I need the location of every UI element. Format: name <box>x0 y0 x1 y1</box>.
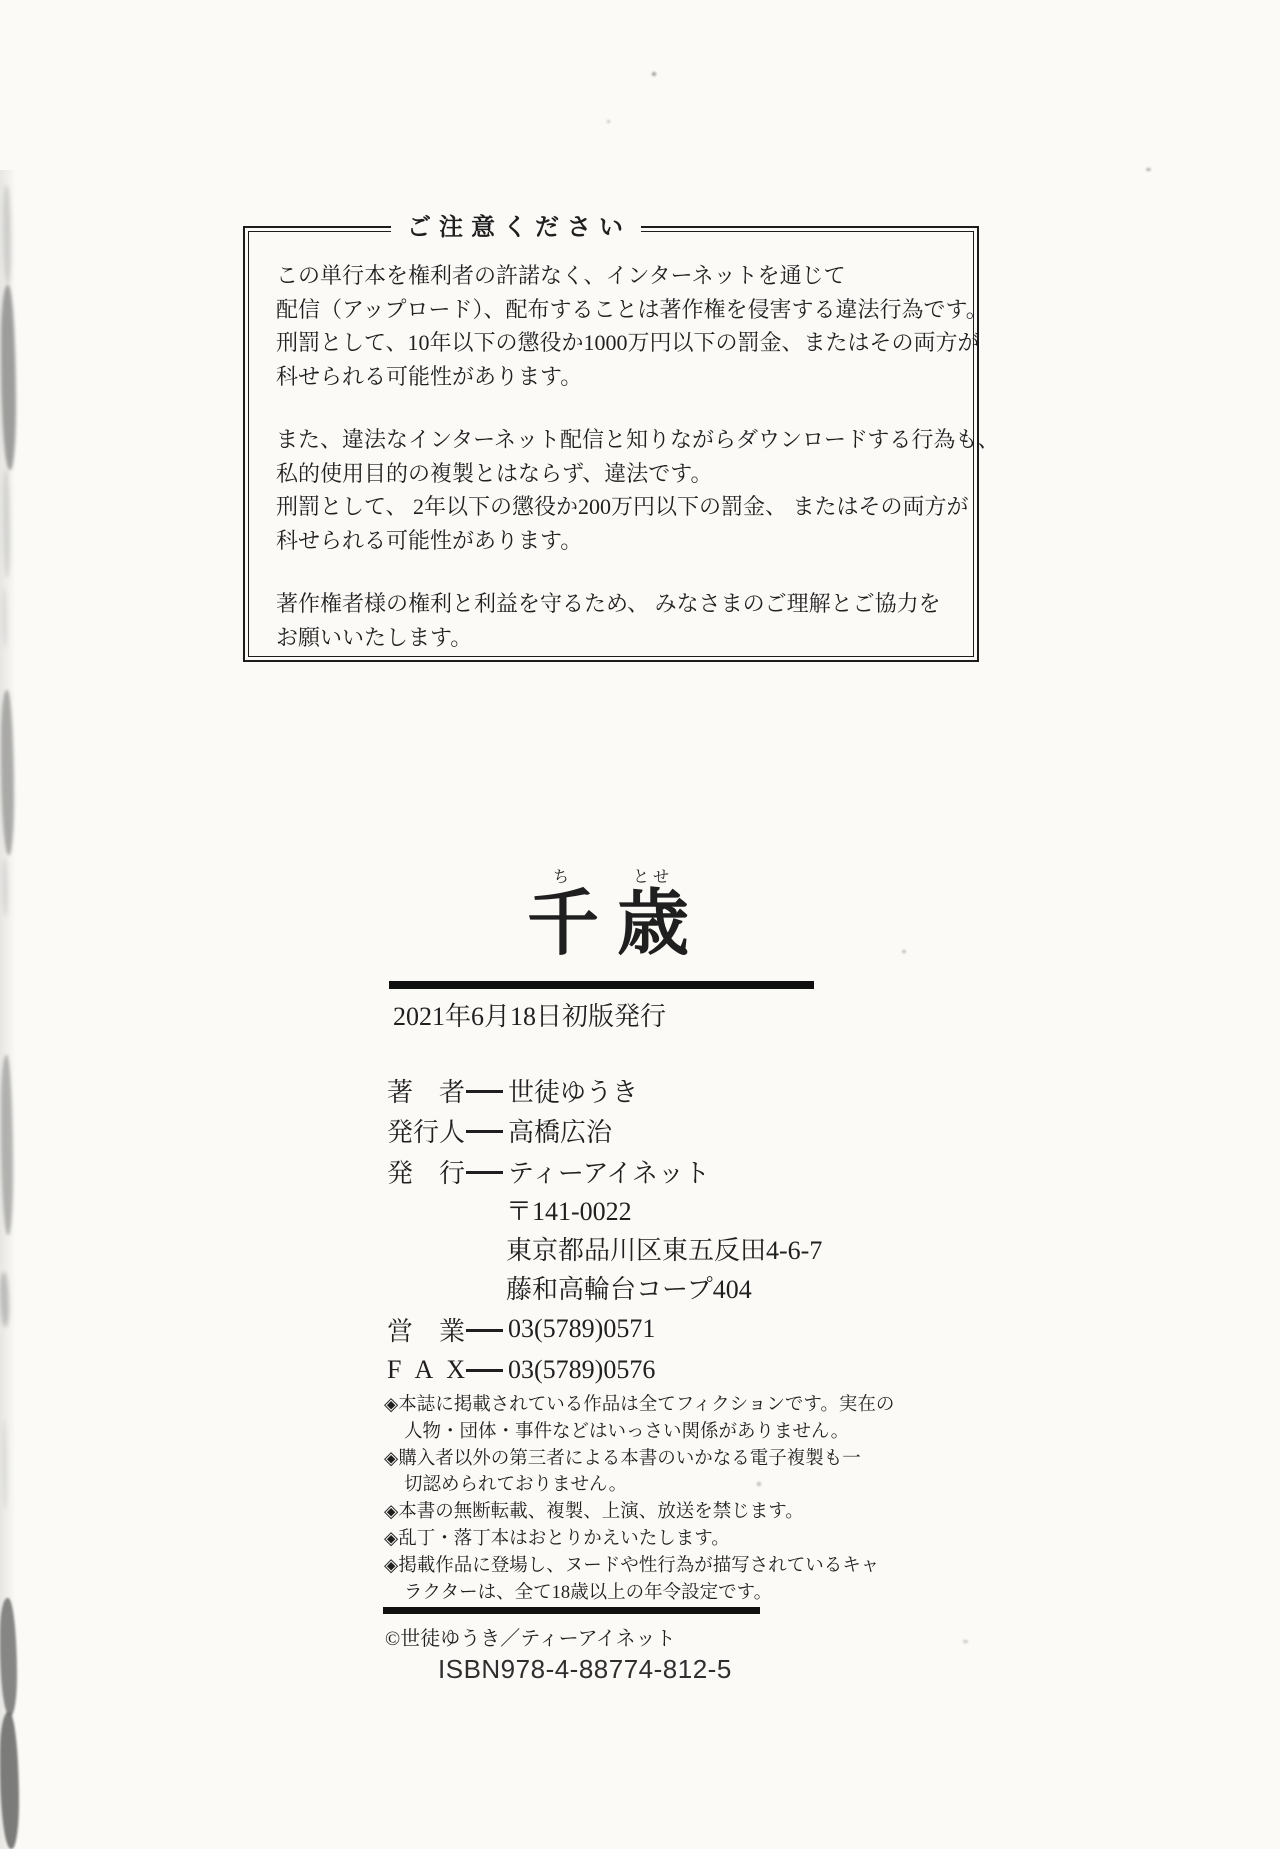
colophon-row-author: 著 者 世徒ゆうき <box>387 1070 822 1111</box>
disclaimer-notes: ◈本誌に掲載されている作品は全てフィクションです。実在の 人物・団体・事件などは… <box>384 1392 894 1606</box>
leader-dash <box>466 1171 503 1174</box>
leader-dash <box>466 1369 503 1372</box>
row-label: 営 業 <box>387 1311 465 1348</box>
label-char: F <box>387 1355 401 1385</box>
label-char: 行 <box>439 1153 465 1190</box>
warning-line: 刑罰として、 2年以下の懲役か200万円以下の罰金、 またはその両方が <box>276 490 951 524</box>
scan-speck <box>652 72 656 76</box>
scan-speck <box>963 1640 968 1643</box>
gutter-smudge <box>2 588 7 648</box>
fax-number: 03(5789)0576 <box>508 1355 655 1385</box>
note-line: ラクターは、全て18歳以上の年令設定です。 <box>384 1580 894 1607</box>
publisher-person-name: 高橋広治 <box>508 1112 612 1149</box>
gutter-smudge <box>1 285 16 470</box>
sales-phone-number: 03(5789)0571 <box>508 1314 655 1344</box>
warning-body: この単行本を権利者の許諾なく、インターネットを通じて 配信（アップロード）、配布… <box>245 228 977 654</box>
label-char: A <box>414 1355 433 1385</box>
note-line: ◈本書の無断転載、複製、上演、放送を禁じます。 <box>384 1499 894 1526</box>
gutter-smudge <box>2 858 8 916</box>
title-divider-rule <box>389 981 814 989</box>
note-line: 切認められておりません。 <box>384 1472 894 1499</box>
colophon-row-publisher: 発 行 ティーアイネット <box>387 1151 822 1192</box>
gutter-smudge <box>1 1055 13 1235</box>
scan-speck <box>902 950 906 953</box>
warning-line: 科せられる可能性があります。 <box>276 524 951 558</box>
gutter-smudge <box>0 1598 17 1716</box>
label-char: 発 <box>387 1112 413 1149</box>
warning-paragraph-download: また、違法なインターネット配信と知りながらダウンロードする行為も、 私的使用目的… <box>276 423 951 557</box>
label-char: 行 <box>413 1112 439 1149</box>
colophon-row-sales-phone: 営 業 03(5789)0571 <box>387 1309 822 1350</box>
footer-divider-rule <box>383 1607 760 1614</box>
row-label: 発 行 人 <box>387 1112 465 1149</box>
title-char: 歳とせ <box>617 869 689 966</box>
label-char: 発 <box>387 1153 413 1190</box>
warning-line: 著作権者様の権利と利益を守るため、 みなさまのご理解とご協力を <box>276 587 951 621</box>
gutter-smudge <box>0 1712 19 1849</box>
colophon-row-publisher-person: 発 行 人 高橋広治 <box>387 1111 822 1152</box>
label-char: 人 <box>439 1112 465 1149</box>
colophon-row-fax: F A X 03(5789)0576 <box>387 1350 822 1391</box>
note-line: ◈購入者以外の第三者による本書のいかなる電子複製も一 <box>384 1446 894 1473</box>
gutter-smudge <box>3 468 10 578</box>
label-char: 著 <box>387 1072 413 1109</box>
publisher-address: 〒141-0022 東京都品川区東五反田4-6-7 藤和高輪台コープ404 <box>506 1192 822 1310</box>
row-label: 著 者 <box>387 1072 465 1109</box>
gutter-smudge <box>1 690 14 855</box>
warning-paragraph-upload: この単行本を権利者の許諾なく、インターネットを通じて 配信（アップロード）、配布… <box>276 259 951 393</box>
warning-paragraph-request: 著作権者様の権利と利益を守るため、 みなさまのご理解とご協力を お願いいたします… <box>276 587 951 654</box>
label-char: 営 <box>387 1311 413 1348</box>
warning-line: 刑罰として、10年以下の懲役か1000万円以下の罰金、またはその両方が <box>276 326 951 360</box>
title-furigana: とせ <box>617 869 689 886</box>
address-line: 東京都品川区東五反田4-6-7 <box>506 1231 822 1270</box>
copyright-line: ©世徒ゆうき／ティーアイネット <box>385 1622 676 1651</box>
publisher-name: ティーアイネット <box>508 1153 710 1190</box>
label-char: 業 <box>439 1311 465 1348</box>
note-line: ◈本誌に掲載されている作品は全てフィクションです。実在の <box>384 1392 894 1419</box>
scan-speck <box>607 120 610 123</box>
gutter-shading <box>0 170 16 1849</box>
gutter-smudge <box>3 185 11 285</box>
copyright-warning-box: ご注意ください この単行本を権利者の許諾なく、インターネットを通じて 配信（アッ… <box>243 226 979 662</box>
title-char: 千ち <box>527 869 599 966</box>
warning-line: 科せられる可能性があります。 <box>276 360 951 394</box>
warning-line: また、違法なインターネット配信と知りながらダウンロードする行為も、 <box>276 423 951 457</box>
scan-gutter-artifact <box>0 0 30 1849</box>
book-title: 千ち 歳とせ <box>527 869 689 966</box>
address-line: 藤和高輪台コープ404 <box>506 1270 822 1309</box>
title-kanji: 千 <box>527 884 599 964</box>
author-name: 世徒ゆうき <box>508 1072 638 1109</box>
warning-line: 私的使用目的の複製とはならず、違法です。 <box>276 457 951 491</box>
warning-line: お願いいたします。 <box>276 621 951 655</box>
note-line: ◈乱丁・落丁本はおとりかえいたします。 <box>384 1526 894 1553</box>
colophon-block: 著 者 世徒ゆうき 発 行 人 高橋広治 発 行 ティーアイネット 〒141-0… <box>387 1070 822 1390</box>
warning-line: 配信（アップロード）、配布することは著作権を侵害する違法行為です。 <box>276 293 951 327</box>
gutter-smudge <box>2 1420 7 1510</box>
warning-heading: ご注意ください <box>391 209 641 247</box>
edition-date: 2021年6月18日初版発行 <box>393 996 666 1033</box>
scanned-colophon-page: ご注意ください この単行本を権利者の許諾なく、インターネットを通じて 配信（アッ… <box>0 0 1280 1849</box>
label-char: 者 <box>439 1072 465 1109</box>
isbn-number: ISBN978-4-88774-812-5 <box>438 1654 732 1685</box>
row-label: 発 行 <box>387 1153 465 1190</box>
postal-code: 〒141-0022 <box>506 1192 822 1231</box>
scan-speck <box>1146 168 1151 171</box>
row-label: F A X <box>387 1355 465 1385</box>
leader-dash <box>466 1329 503 1332</box>
gutter-smudge <box>0 1272 9 1327</box>
note-line: ◈掲載作品に登場し、ヌードや性行為が描写されているキャ <box>384 1553 894 1580</box>
title-kanji: 歳 <box>617 884 689 964</box>
warning-line: この単行本を権利者の許諾なく、インターネットを通じて <box>276 259 951 293</box>
title-furigana: ち <box>527 869 599 886</box>
leader-dash <box>466 1090 503 1093</box>
leader-dash <box>466 1130 503 1133</box>
note-line: 人物・団体・事件などはいっさい関係がありません。 <box>384 1419 894 1446</box>
label-char: X <box>446 1355 465 1385</box>
